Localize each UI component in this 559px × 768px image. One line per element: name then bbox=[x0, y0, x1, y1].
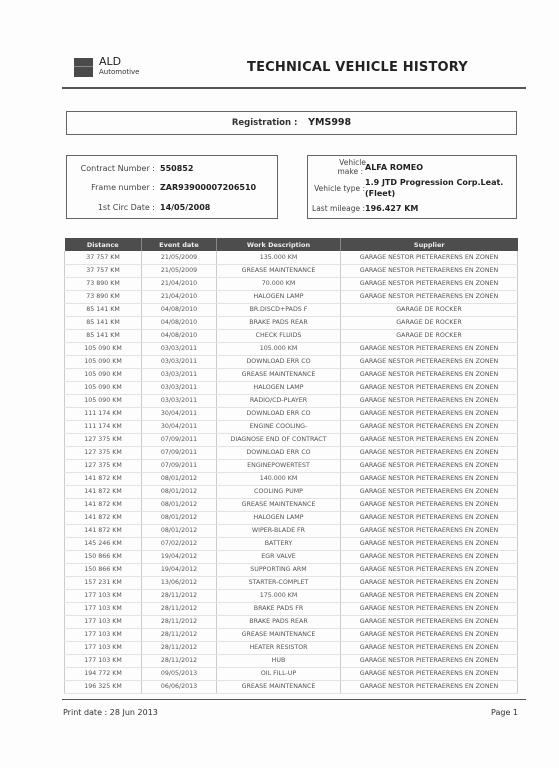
cell-distance: 37 757 KM bbox=[65, 264, 142, 277]
cell-work-description: HUB bbox=[217, 654, 341, 667]
cell-distance: 141 872 KM bbox=[65, 472, 142, 485]
cell-work-description: HEATER RESISTOR bbox=[217, 641, 341, 654]
cell-supplier: GARAGE NESTOR PIETERAERENS EN ZONEN bbox=[341, 251, 518, 264]
cell-event-date: 07/02/2012 bbox=[142, 537, 217, 550]
cell-event-date: 21/05/2009 bbox=[142, 251, 217, 264]
cell-supplier: GARAGE NESTOR PIETERAERENS EN ZONEN bbox=[341, 277, 518, 290]
cell-distance: 85 141 KM bbox=[65, 303, 142, 316]
cell-work-description: CHECK FLUIDS bbox=[217, 329, 341, 342]
cell-work-description: SUPPORTING ARM bbox=[217, 563, 341, 576]
cell-distance: 177 103 KM bbox=[65, 628, 142, 641]
table-row: 196 325 KM06/06/2013GREASE MAINTENANCEGA… bbox=[65, 680, 518, 693]
cell-supplier: GARAGE DE ROCKER bbox=[341, 329, 518, 342]
cell-event-date: 21/05/2009 bbox=[142, 264, 217, 277]
cell-distance: 196 325 KM bbox=[65, 680, 142, 693]
cell-work-description: BRAKE PADS FR bbox=[217, 602, 341, 615]
table-row: 37 757 KM21/05/2009GREASE MAINTENANCEGAR… bbox=[65, 264, 518, 277]
cell-work-description: DIAGNOSE END OF CONTRACT bbox=[217, 433, 341, 446]
table-row: 177 103 KM28/11/2012HEATER RESISTORGARAG… bbox=[65, 641, 518, 654]
table-row: 177 103 KM28/11/2012GREASE MAINTENANCEGA… bbox=[65, 628, 518, 641]
cell-work-description: HALOGEN LAMP bbox=[217, 290, 341, 303]
cell-distance: 127 375 KM bbox=[65, 446, 142, 459]
cell-distance: 177 103 KM bbox=[65, 641, 142, 654]
table-row: 105 090 KM03/03/2011RADIO/CD-PLAYERGARAG… bbox=[65, 394, 518, 407]
registration-value: YMS998 bbox=[308, 117, 351, 128]
logo-name: ALD bbox=[99, 56, 121, 67]
cell-distance: 157 231 KM bbox=[65, 576, 142, 589]
cell-event-date: 28/11/2012 bbox=[142, 628, 217, 641]
table-row: 105 090 KM03/03/2011105.000 KMGARAGE NES… bbox=[65, 342, 518, 355]
first-circ-date-value: 14/05/2008 bbox=[160, 203, 210, 213]
last-mileage-label: Last mileage : bbox=[308, 204, 365, 214]
cell-work-description: HALOGEN LAMP bbox=[217, 511, 341, 524]
cell-supplier: GARAGE NESTOR PIETERAERENS EN ZONEN bbox=[341, 498, 518, 511]
last-mileage-value: 196.427 KM bbox=[365, 204, 418, 214]
vehicle-make-value: ALFA ROMEO bbox=[365, 163, 423, 173]
cell-distance: 111 174 KM bbox=[65, 420, 142, 433]
cell-event-date: 08/01/2012 bbox=[142, 485, 217, 498]
page-number: Page 1 bbox=[491, 708, 518, 717]
registration-label: Registration : bbox=[232, 118, 298, 128]
cell-distance: 177 103 KM bbox=[65, 654, 142, 667]
cell-supplier: GARAGE NESTOR PIETERAERENS EN ZONEN bbox=[341, 537, 518, 550]
table-row: 105 090 KM03/03/2011GREASE MAINTENANCEGA… bbox=[65, 368, 518, 381]
cell-event-date: 04/08/2010 bbox=[142, 329, 217, 342]
table-row: 127 375 KM07/09/2011DIAGNOSE END OF CONT… bbox=[65, 433, 518, 446]
cell-distance: 177 103 KM bbox=[65, 602, 142, 615]
cell-distance: 145 246 KM bbox=[65, 537, 142, 550]
table-row: 105 090 KM03/03/2011DOWNLOAD ERR COGARAG… bbox=[65, 355, 518, 368]
document-header: ALD Automotive TECHNICAL VEHICLE HISTORY bbox=[64, 54, 524, 84]
cell-event-date: 19/04/2012 bbox=[142, 550, 217, 563]
cell-supplier: GARAGE NESTOR PIETERAERENS EN ZONEN bbox=[341, 550, 518, 563]
cell-supplier: GARAGE NESTOR PIETERAERENS EN ZONEN bbox=[341, 576, 518, 589]
cell-event-date: 08/01/2012 bbox=[142, 498, 217, 511]
cell-work-description: DOWNLOAD ERR CO bbox=[217, 407, 341, 420]
cell-event-date: 06/06/2013 bbox=[142, 680, 217, 693]
table-row: 111 174 KM30/04/2011ENGINE COOLING-GARAG… bbox=[65, 420, 518, 433]
vehicle-type-value-1: 1.9 JTD Progression Corp.Leat. bbox=[365, 178, 503, 188]
cell-work-description: BRAKE PADS REAR bbox=[217, 316, 341, 329]
cell-distance: 37 757 KM bbox=[65, 251, 142, 264]
cell-supplier: GARAGE NESTOR PIETERAERENS EN ZONEN bbox=[341, 589, 518, 602]
cell-distance: 85 141 KM bbox=[65, 316, 142, 329]
column-header-event-date: Event date bbox=[142, 238, 217, 251]
cell-event-date: 28/11/2012 bbox=[142, 589, 217, 602]
cell-event-date: 21/04/2010 bbox=[142, 290, 217, 303]
cell-event-date: 09/05/2013 bbox=[142, 667, 217, 680]
cell-supplier: GARAGE NESTOR PIETERAERENS EN ZONEN bbox=[341, 342, 518, 355]
cell-supplier: GARAGE NESTOR PIETERAERENS EN ZONEN bbox=[341, 433, 518, 446]
cell-supplier: GARAGE NESTOR PIETERAERENS EN ZONEN bbox=[341, 355, 518, 368]
cell-supplier: GARAGE NESTOR PIETERAERENS EN ZONEN bbox=[341, 563, 518, 576]
cell-distance: 177 103 KM bbox=[65, 589, 142, 602]
cell-distance: 150 866 KM bbox=[65, 563, 142, 576]
contract-number-label: Contract Number : bbox=[67, 164, 155, 174]
table-row: 73 890 KM21/04/2010HALOGEN LAMPGARAGE NE… bbox=[65, 290, 518, 303]
first-circ-date-label: 1st Circ Date : bbox=[67, 203, 155, 213]
cell-event-date: 19/04/2012 bbox=[142, 563, 217, 576]
table-row: 105 090 KM03/03/2011HALOGEN LAMPGARAGE N… bbox=[65, 381, 518, 394]
cell-supplier: GARAGE NESTOR PIETERAERENS EN ZONEN bbox=[341, 290, 518, 303]
cell-work-description: COOLING PUMP bbox=[217, 485, 341, 498]
cell-supplier: GARAGE NESTOR PIETERAERENS EN ZONEN bbox=[341, 524, 518, 537]
cell-supplier: GARAGE NESTOR PIETERAERENS EN ZONEN bbox=[341, 680, 518, 693]
cell-work-description: DOWNLOAD ERR CO bbox=[217, 355, 341, 368]
cell-supplier: GARAGE NESTOR PIETERAERENS EN ZONEN bbox=[341, 615, 518, 628]
cell-work-description: STARTER-COMPLET bbox=[217, 576, 341, 589]
cell-supplier: GARAGE NESTOR PIETERAERENS EN ZONEN bbox=[341, 667, 518, 680]
cell-work-description: RADIO/CD-PLAYER bbox=[217, 394, 341, 407]
cell-event-date: 07/09/2011 bbox=[142, 433, 217, 446]
cell-event-date: 07/09/2011 bbox=[142, 446, 217, 459]
table-row: 141 872 KM08/01/2012140.000 KMGARAGE NES… bbox=[65, 472, 518, 485]
cell-event-date: 03/03/2011 bbox=[142, 342, 217, 355]
cell-work-description: GREASE MAINTENANCE bbox=[217, 628, 341, 641]
cell-distance: 105 090 KM bbox=[65, 342, 142, 355]
cell-work-description: ENGINEPOWERTEST bbox=[217, 459, 341, 472]
cell-event-date: 04/08/2010 bbox=[142, 303, 217, 316]
cell-work-description: HALOGEN LAMP bbox=[217, 381, 341, 394]
footer-divider bbox=[62, 699, 526, 700]
cell-supplier: GARAGE DE ROCKER bbox=[341, 316, 518, 329]
frame-number-label: Frame number : bbox=[67, 183, 155, 193]
cell-supplier: GARAGE DE ROCKER bbox=[341, 303, 518, 316]
cell-event-date: 07/09/2011 bbox=[142, 459, 217, 472]
cell-event-date: 28/11/2012 bbox=[142, 641, 217, 654]
column-header-supplier: Supplier bbox=[341, 238, 518, 251]
cell-work-description: ENGINE COOLING- bbox=[217, 420, 341, 433]
contract-info-box: Contract Number : 550852 Frame number : … bbox=[66, 155, 278, 219]
header-divider bbox=[62, 87, 526, 89]
cell-supplier: GARAGE NESTOR PIETERAERENS EN ZONEN bbox=[341, 459, 518, 472]
cell-supplier: GARAGE NESTOR PIETERAERENS EN ZONEN bbox=[341, 381, 518, 394]
cell-supplier: GARAGE NESTOR PIETERAERENS EN ZONEN bbox=[341, 394, 518, 407]
cell-work-description: 70.000 KM bbox=[217, 277, 341, 290]
cell-distance: 105 090 KM bbox=[65, 381, 142, 394]
cell-event-date: 28/11/2012 bbox=[142, 615, 217, 628]
cell-supplier: GARAGE NESTOR PIETERAERENS EN ZONEN bbox=[341, 654, 518, 667]
print-date: Print date : 28 Jun 2013 bbox=[63, 708, 158, 717]
table-row: 145 246 KM07/02/2012BATTERYGARAGE NESTOR… bbox=[65, 537, 518, 550]
cell-distance: 150 866 KM bbox=[65, 550, 142, 563]
cell-work-description: DOWNLOAD ERR CO bbox=[217, 446, 341, 459]
table-row: 177 103 KM28/11/2012BRAKE PADS REARGARAG… bbox=[65, 615, 518, 628]
cell-distance: 73 890 KM bbox=[65, 277, 142, 290]
cell-event-date: 08/01/2012 bbox=[142, 524, 217, 537]
cell-work-description: GREASE MAINTENANCE bbox=[217, 680, 341, 693]
cell-distance: 85 141 KM bbox=[65, 329, 142, 342]
table-row: 85 141 KM04/08/2010BR.DISCD+PADS FGARAGE… bbox=[65, 303, 518, 316]
contract-number-value: 550852 bbox=[160, 164, 193, 174]
cell-supplier: GARAGE NESTOR PIETERAERENS EN ZONEN bbox=[341, 641, 518, 654]
cell-supplier: GARAGE NESTOR PIETERAERENS EN ZONEN bbox=[341, 420, 518, 433]
table-row: 141 872 KM08/01/2012GREASE MAINTENANCEGA… bbox=[65, 498, 518, 511]
cell-distance: 111 174 KM bbox=[65, 407, 142, 420]
cell-work-description: 140.000 KM bbox=[217, 472, 341, 485]
cell-work-description: GREASE MAINTENANCE bbox=[217, 498, 341, 511]
cell-supplier: GARAGE NESTOR PIETERAERENS EN ZONEN bbox=[341, 485, 518, 498]
cell-supplier: GARAGE NESTOR PIETERAERENS EN ZONEN bbox=[341, 602, 518, 615]
cell-work-description: 135.000 KM bbox=[217, 251, 341, 264]
cell-event-date: 04/08/2010 bbox=[142, 316, 217, 329]
table-row: 85 141 KM04/08/2010BRAKE PADS REARGARAGE… bbox=[65, 316, 518, 329]
table-row: 150 866 KM19/04/2012EGR VALVEGARAGE NEST… bbox=[65, 550, 518, 563]
table-header-row: Distance Event date Work Description Sup… bbox=[65, 238, 518, 251]
table-row: 150 866 KM19/04/2012SUPPORTING ARMGARAGE… bbox=[65, 563, 518, 576]
cell-distance: 127 375 KM bbox=[65, 433, 142, 446]
cell-distance: 73 890 KM bbox=[65, 290, 142, 303]
cell-work-description: 105.000 KM bbox=[217, 342, 341, 355]
vehicle-info-box: Vehicle make : ALFA ROMEO Vehicle type :… bbox=[307, 155, 517, 219]
cell-work-description: BATTERY bbox=[217, 537, 341, 550]
cell-event-date: 03/03/2011 bbox=[142, 394, 217, 407]
cell-distance: 141 872 KM bbox=[65, 524, 142, 537]
cell-event-date: 21/04/2010 bbox=[142, 277, 217, 290]
cell-distance: 105 090 KM bbox=[65, 394, 142, 407]
cell-supplier: GARAGE NESTOR PIETERAERENS EN ZONEN bbox=[341, 472, 518, 485]
cell-event-date: 08/01/2012 bbox=[142, 472, 217, 485]
logo-subtitle: Automotive bbox=[99, 68, 140, 77]
cell-work-description: 175.000 KM bbox=[217, 589, 341, 602]
cell-distance: 105 090 KM bbox=[65, 368, 142, 381]
cell-event-date: 30/04/2011 bbox=[142, 407, 217, 420]
registration-box: Registration : YMS998 bbox=[66, 111, 517, 135]
cell-event-date: 30/04/2011 bbox=[142, 420, 217, 433]
cell-work-description: BR.DISCD+PADS F bbox=[217, 303, 341, 316]
table-row: 37 757 KM21/05/2009135.000 KMGARAGE NEST… bbox=[65, 251, 518, 264]
cell-event-date: 08/01/2012 bbox=[142, 511, 217, 524]
cell-work-description: GREASE MAINTENANCE bbox=[217, 368, 341, 381]
cell-distance: 177 103 KM bbox=[65, 615, 142, 628]
cell-work-description: GREASE MAINTENANCE bbox=[217, 264, 341, 277]
cell-work-description: BRAKE PADS REAR bbox=[217, 615, 341, 628]
table-row: 157 231 KM13/06/2012STARTER-COMPLETGARAG… bbox=[65, 576, 518, 589]
cell-event-date: 03/03/2011 bbox=[142, 368, 217, 381]
vehicle-history-table: Distance Event date Work Description Sup… bbox=[64, 238, 517, 694]
cell-supplier: GARAGE NESTOR PIETERAERENS EN ZONEN bbox=[341, 628, 518, 641]
cell-supplier: GARAGE NESTOR PIETERAERENS EN ZONEN bbox=[341, 368, 518, 381]
table-row: 141 872 KM08/01/2012HALOGEN LAMPGARAGE N… bbox=[65, 511, 518, 524]
cell-distance: 141 872 KM bbox=[65, 485, 142, 498]
cell-distance: 141 872 KM bbox=[65, 498, 142, 511]
table-row: 141 872 KM08/01/2012COOLING PUMPGARAGE N… bbox=[65, 485, 518, 498]
cell-event-date: 13/06/2012 bbox=[142, 576, 217, 589]
cell-distance: 141 872 KM bbox=[65, 511, 142, 524]
cell-supplier: GARAGE NESTOR PIETERAERENS EN ZONEN bbox=[341, 511, 518, 524]
cell-distance: 194 772 KM bbox=[65, 667, 142, 680]
column-header-distance: Distance bbox=[65, 238, 142, 251]
cell-distance: 105 090 KM bbox=[65, 355, 142, 368]
cell-event-date: 03/03/2011 bbox=[142, 381, 217, 394]
cell-event-date: 03/03/2011 bbox=[142, 355, 217, 368]
table-row: 127 375 KM07/09/2011DOWNLOAD ERR COGARAG… bbox=[65, 446, 518, 459]
cell-event-date: 28/11/2012 bbox=[142, 602, 217, 615]
vehicle-make-label-2: make : bbox=[308, 167, 363, 177]
table-row: 85 141 KM04/08/2010CHECK FLUIDSGARAGE DE… bbox=[65, 329, 518, 342]
vehicle-type-label: Vehicle type : bbox=[308, 184, 365, 194]
cell-supplier: GARAGE NESTOR PIETERAERENS EN ZONEN bbox=[341, 264, 518, 277]
cell-event-date: 28/11/2012 bbox=[142, 654, 217, 667]
table-row: 141 872 KM08/01/2012WIPER-BLADE FRGARAGE… bbox=[65, 524, 518, 537]
cell-work-description: OIL FILL-UP bbox=[217, 667, 341, 680]
table-row: 194 772 KM09/05/2013OIL FILL-UPGARAGE NE… bbox=[65, 667, 518, 680]
cell-distance: 127 375 KM bbox=[65, 459, 142, 472]
table-row: 111 174 KM30/04/2011DOWNLOAD ERR COGARAG… bbox=[65, 407, 518, 420]
column-header-work-description: Work Description bbox=[217, 238, 341, 251]
table-row: 177 103 KM28/11/2012175.000 KMGARAGE NES… bbox=[65, 589, 518, 602]
table-row: 73 890 KM21/04/201070.000 KMGARAGE NESTO… bbox=[65, 277, 518, 290]
document-title: TECHNICAL VEHICLE HISTORY bbox=[247, 60, 468, 75]
cell-work-description: WIPER-BLADE FR bbox=[217, 524, 341, 537]
table-row: 177 103 KM28/11/2012BRAKE PADS FRGARAGE … bbox=[65, 602, 518, 615]
frame-number-value: ZAR93900007206510 bbox=[160, 183, 256, 193]
table-row: 127 375 KM07/09/2011ENGINEPOWERTESTGARAG… bbox=[65, 459, 518, 472]
table-row: 177 103 KM28/11/2012HUBGARAGE NESTOR PIE… bbox=[65, 654, 518, 667]
ald-logo-icon bbox=[74, 58, 93, 77]
vehicle-type-value-2: (Fleet) bbox=[365, 189, 395, 199]
cell-supplier: GARAGE NESTOR PIETERAERENS EN ZONEN bbox=[341, 407, 518, 420]
cell-supplier: GARAGE NESTOR PIETERAERENS EN ZONEN bbox=[341, 446, 518, 459]
cell-work-description: EGR VALVE bbox=[217, 550, 341, 563]
